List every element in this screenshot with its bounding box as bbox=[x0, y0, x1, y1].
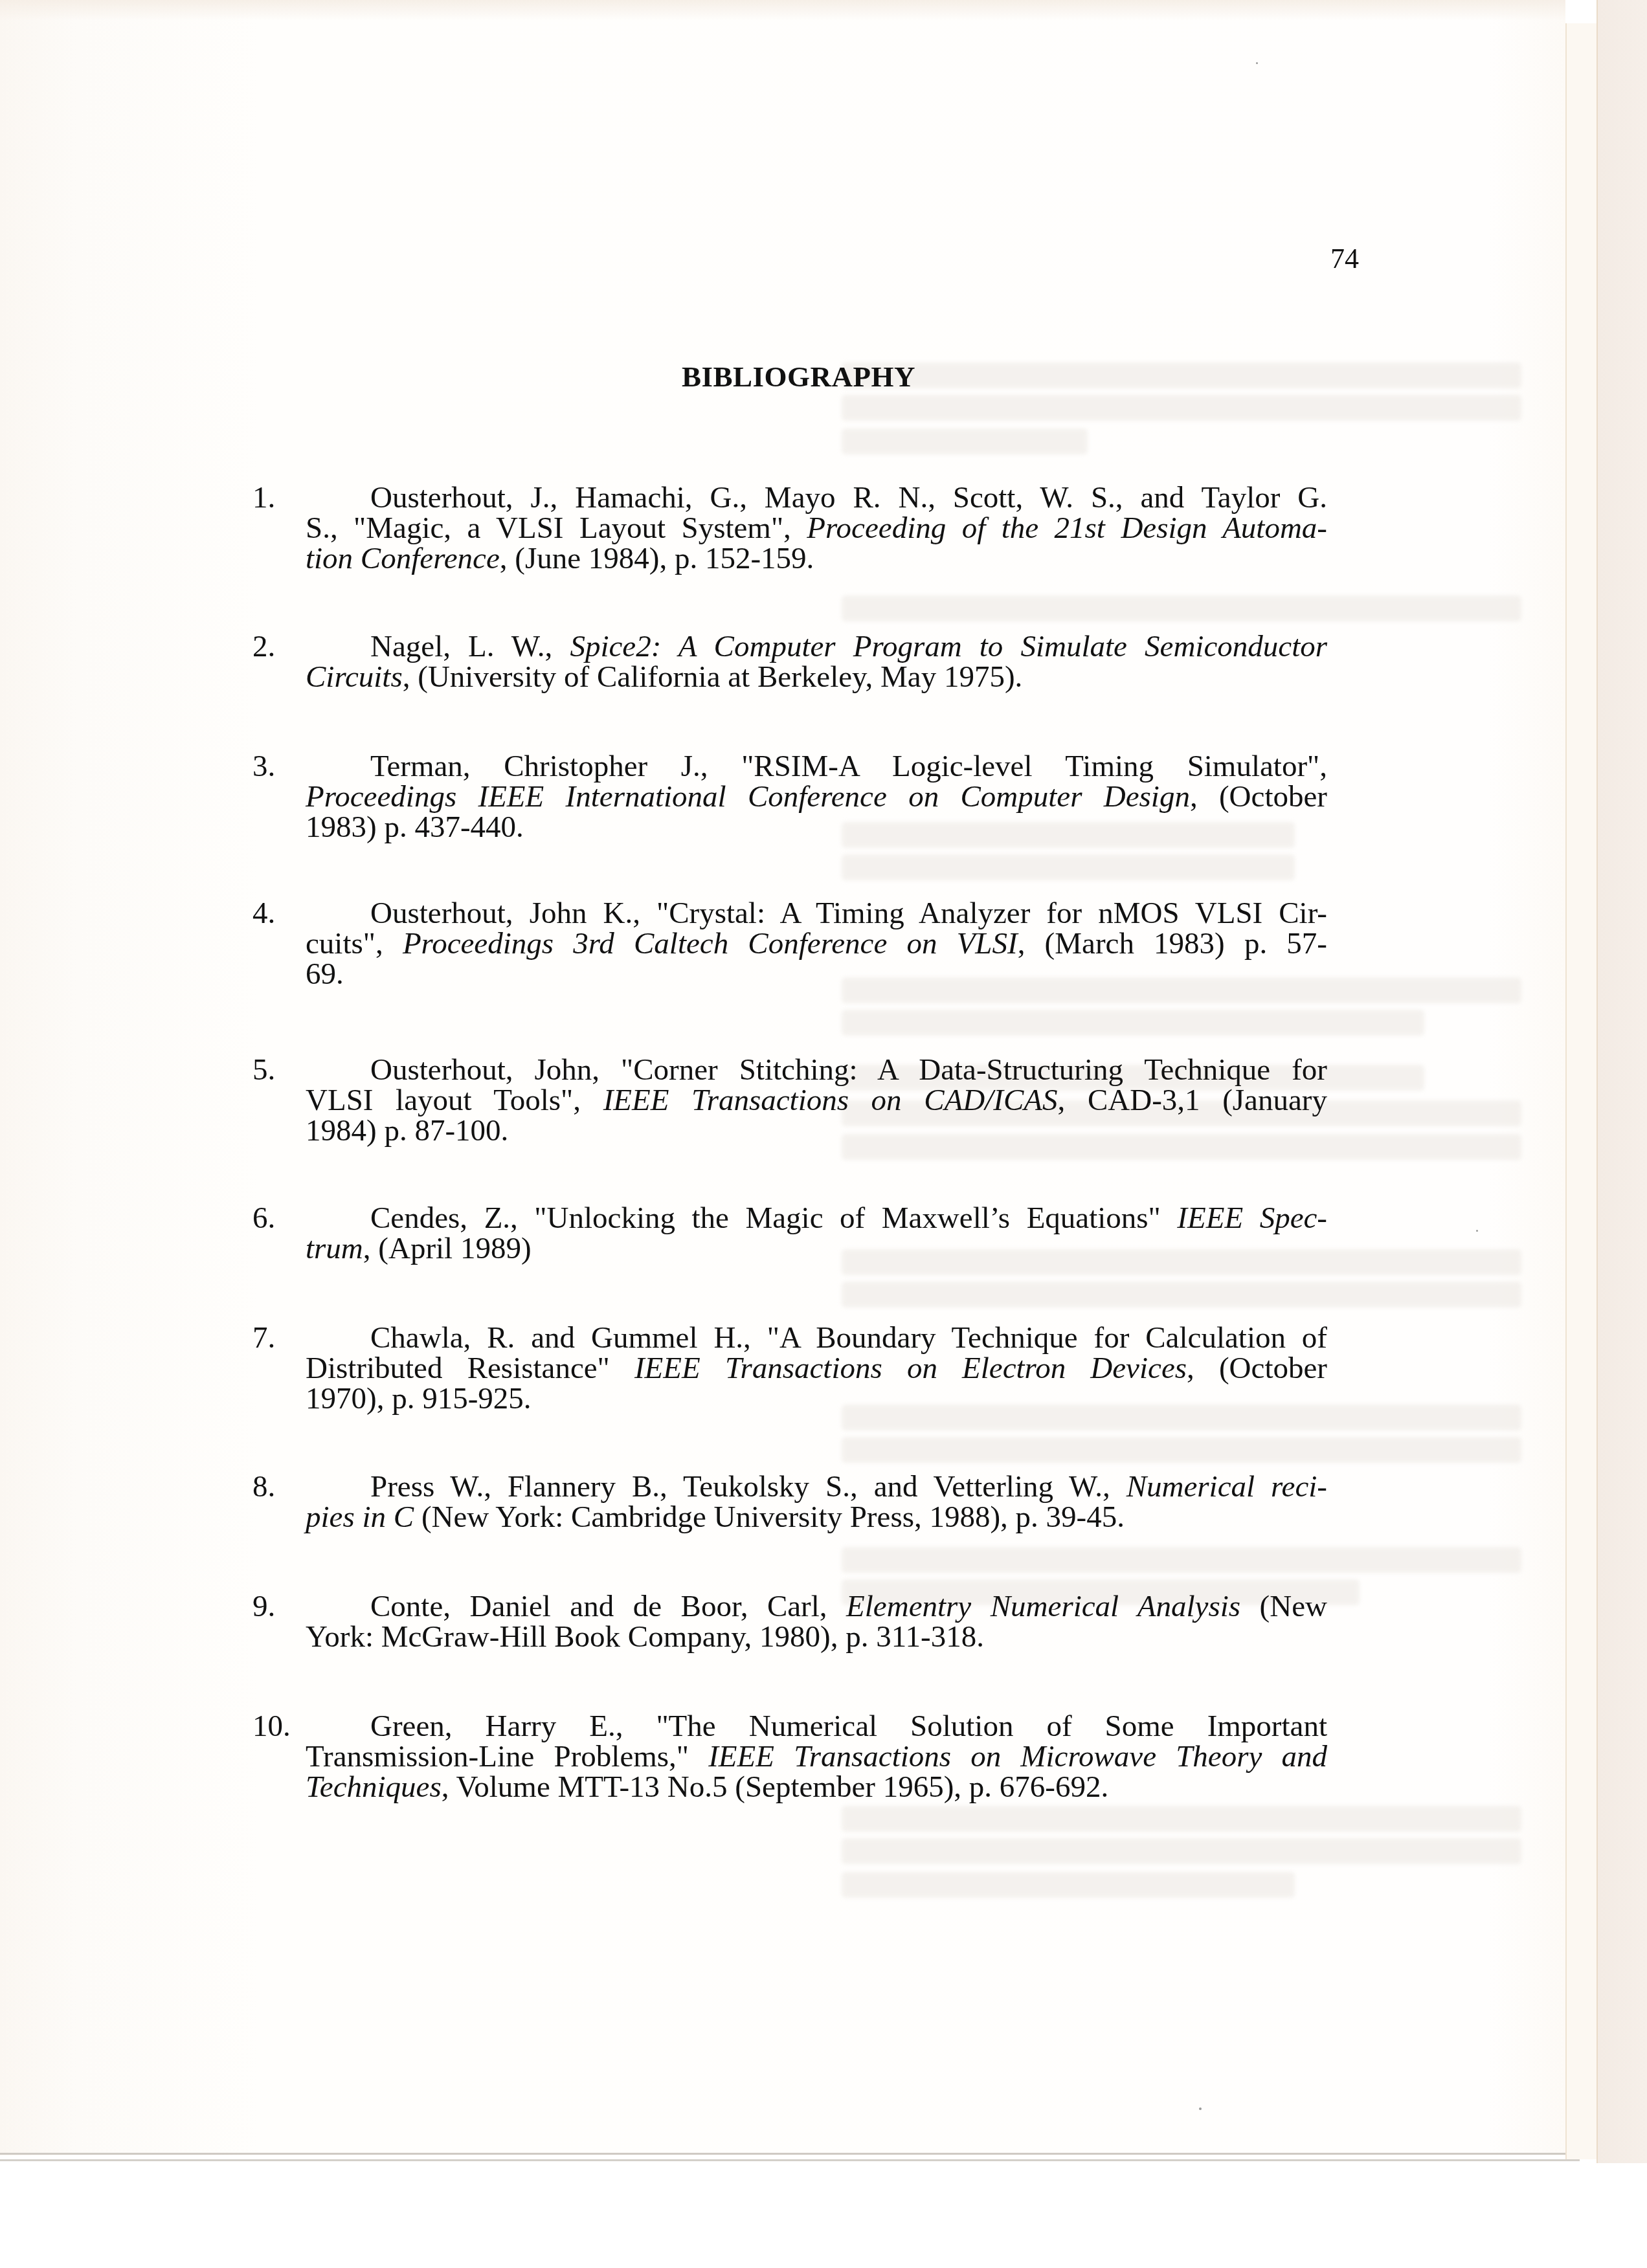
bleed-through bbox=[842, 1437, 1521, 1463]
entry-number: 9. bbox=[252, 1592, 275, 1622]
entry-number: 6. bbox=[252, 1203, 275, 1234]
bleed-through bbox=[842, 395, 1521, 421]
entry-line: Chawla, R. and Gummel H., "A Boundary Te… bbox=[306, 1323, 1327, 1353]
entry-line: 1970), p. 915-925. bbox=[306, 1384, 1327, 1414]
citation-text: , Volume MTT-13 No.5 (September 1965), p… bbox=[442, 1770, 1108, 1804]
entry-line: Cendes, Z., "Unlocking the Magic of Maxw… bbox=[306, 1203, 1327, 1234]
entry-line: Green, Harry E., "The Numerical Solution… bbox=[306, 1711, 1327, 1742]
citation-text: 1983) p. 437-440. bbox=[306, 810, 524, 844]
entry-number: 2. bbox=[252, 632, 275, 662]
citation-title-italic: Circuits bbox=[306, 660, 403, 694]
page-bottom-edge bbox=[0, 2153, 1565, 2155]
entry-text: Ousterhout, John K., "Crystal: A Timing … bbox=[306, 898, 1327, 990]
entry-text: Cendes, Z., "Unlocking the Magic of Maxw… bbox=[306, 1203, 1327, 1264]
bleed-through bbox=[842, 1872, 1295, 1898]
entry-number: 4. bbox=[252, 898, 275, 929]
entry-line: Distributed Resistance" IEEE Transaction… bbox=[306, 1353, 1327, 1384]
citation-title-italic: pies in C bbox=[306, 1500, 414, 1534]
bleed-through bbox=[842, 428, 1088, 454]
bleed-through bbox=[842, 1282, 1521, 1307]
citation-title-italic: IEEE Transactions on CAD/ICAS bbox=[603, 1084, 1058, 1117]
entry-line: 1983) p. 437-440. bbox=[306, 812, 1327, 843]
entry-text: Nagel, L. W., Spice2: A Computer Program… bbox=[306, 632, 1327, 693]
citation-text: Terman, Christopher J., "RSIM-A Logic-le… bbox=[370, 750, 1327, 783]
entry-line: tion Conference, (June 1984), p. 152-159… bbox=[306, 544, 1327, 574]
entry-line: cuits", Proceedings 3rd Caltech Conferen… bbox=[306, 929, 1327, 959]
citation-text: , (University of California at Berkeley,… bbox=[403, 660, 1023, 694]
citation-text: VLSI layout Tools", bbox=[306, 1084, 603, 1117]
entry-number: 1. bbox=[252, 483, 275, 513]
bleed-through bbox=[842, 1806, 1521, 1832]
citation-text: Ousterhout, John, "Corner Stitching: A D… bbox=[370, 1053, 1327, 1087]
dust-speck bbox=[1476, 1230, 1478, 1232]
entry-number: 7. bbox=[252, 1323, 275, 1353]
entry-line: Terman, Christopher J., "RSIM-A Logic-le… bbox=[306, 751, 1327, 782]
citation-title-italic: IEEE Spec- bbox=[1177, 1201, 1327, 1235]
dust-speck bbox=[1256, 62, 1258, 64]
citation-title-italic: Numerical reci- bbox=[1126, 1470, 1327, 1504]
citation-text: , CAD-3,1 (January bbox=[1058, 1084, 1327, 1117]
entry-line: 69. bbox=[306, 959, 1327, 990]
citation-text: S., "Magic, a VLSI Layout System", bbox=[306, 511, 807, 545]
entry-text: Ousterhout, J., Hamachi, G., Mayo R. N.,… bbox=[306, 483, 1327, 574]
entry-line: Conte, Daniel and de Boor, Carl, Element… bbox=[306, 1592, 1327, 1622]
entry-text: Press W., Flannery B., Teukolsky S., and… bbox=[306, 1472, 1327, 1533]
entry-number: 8. bbox=[252, 1472, 275, 1502]
entry-text: Chawla, R. and Gummel H., "A Boundary Te… bbox=[306, 1323, 1327, 1414]
citation-text: , (June 1984), p. 152-159. bbox=[500, 542, 814, 575]
page-edge bbox=[1565, 23, 1598, 2159]
citation-text: , (October bbox=[1190, 780, 1327, 814]
citation-title-italic: IEEE Transactions on Microwave Theory an… bbox=[708, 1740, 1327, 1773]
citation-text: Press W., Flannery B., Teukolsky S., and… bbox=[370, 1470, 1126, 1504]
entry-line: VLSI layout Tools", IEEE Transactions on… bbox=[306, 1085, 1327, 1116]
citation-title-italic: Proceedings 3rd Caltech Conference on VL… bbox=[403, 927, 1018, 961]
citation-title-italic: Techniques bbox=[306, 1770, 442, 1804]
bleed-through bbox=[842, 362, 1521, 388]
citation-text: (New York: Cambridge University Press, 1… bbox=[414, 1500, 1125, 1534]
entry-line: Techniques, Volume MTT-13 No.5 (Septembe… bbox=[306, 1772, 1327, 1803]
bleed-through bbox=[842, 1547, 1521, 1573]
entry-line: Circuits, (University of California at B… bbox=[306, 662, 1327, 693]
citation-text: Nagel, L. W., bbox=[370, 630, 570, 663]
citation-text: Conte, Daniel and de Boor, Carl, bbox=[370, 1590, 846, 1623]
entry-line: Nagel, L. W., Spice2: A Computer Program… bbox=[306, 632, 1327, 662]
entry-text: Ousterhout, John, "Corner Stitching: A D… bbox=[306, 1055, 1327, 1146]
citation-title-italic: Spice2: A Computer Program to Simulate S… bbox=[570, 630, 1327, 663]
citation-text: Distributed Resistance" bbox=[306, 1351, 634, 1385]
citation-text: Transmission-Line Problems," bbox=[306, 1740, 708, 1773]
citation-text: , (April 1989) bbox=[363, 1232, 532, 1265]
bleed-through bbox=[842, 854, 1295, 880]
citation-text: 1970), p. 915-925. bbox=[306, 1382, 532, 1416]
citation-title-italic: IEEE Transactions on Electron Devices bbox=[634, 1351, 1187, 1385]
entry-line: Press W., Flannery B., Teukolsky S., and… bbox=[306, 1472, 1327, 1502]
bleed-through bbox=[842, 1838, 1521, 1864]
entry-line: Ousterhout, John K., "Crystal: A Timing … bbox=[306, 898, 1327, 929]
entry-line: Proceedings IEEE International Conferenc… bbox=[306, 782, 1327, 812]
citation-text: cuits", bbox=[306, 927, 403, 961]
entry-line: pies in C (New York: Cambridge Universit… bbox=[306, 1502, 1327, 1533]
entry-number: 10. bbox=[252, 1711, 291, 1742]
dust-speck bbox=[1199, 2107, 1202, 2110]
citation-text: , (October bbox=[1187, 1351, 1327, 1385]
citation-text: Chawla, R. and Gummel H., "A Boundary Te… bbox=[370, 1321, 1327, 1355]
entry-line: trum, (April 1989) bbox=[306, 1234, 1327, 1264]
page-bottom-edge bbox=[0, 2159, 1580, 2161]
page-title: BIBLIOGRAPHY bbox=[682, 360, 930, 394]
entry-line: S., "Magic, a VLSI Layout System", Proce… bbox=[306, 513, 1327, 544]
entry-line: Ousterhout, John, "Corner Stitching: A D… bbox=[306, 1055, 1327, 1085]
citation-text: , (March 1983) p. 57- bbox=[1018, 927, 1327, 961]
entry-text: Terman, Christopher J., "RSIM-A Logic-le… bbox=[306, 751, 1327, 843]
bleed-through bbox=[842, 595, 1521, 621]
citation-text: 1984) p. 87-100. bbox=[306, 1114, 508, 1148]
entry-number: 3. bbox=[252, 751, 275, 782]
bleed-through bbox=[842, 1010, 1424, 1036]
citation-text: Ousterhout, John K., "Crystal: A Timing … bbox=[370, 896, 1327, 930]
citation-title-italic: Elementry Numerical Analysis bbox=[846, 1590, 1240, 1623]
entry-number: 5. bbox=[252, 1055, 275, 1085]
entry-text: Conte, Daniel and de Boor, Carl, Element… bbox=[306, 1592, 1327, 1652]
page-edge bbox=[1597, 0, 1647, 2170]
entry-line: York: McGraw-Hill Book Company, 1980), p… bbox=[306, 1622, 1327, 1652]
entry-text: Green, Harry E., "The Numerical Solution… bbox=[306, 1711, 1327, 1803]
citation-text: Ousterhout, J., Hamachi, G., Mayo R. N.,… bbox=[370, 481, 1327, 515]
entry-line: Ousterhout, J., Hamachi, G., Mayo R. N.,… bbox=[306, 483, 1327, 513]
page-number: 74 bbox=[1330, 245, 1359, 273]
citation-title-italic: Proceedings IEEE International Conferenc… bbox=[306, 780, 1190, 814]
citation-text: 69. bbox=[306, 957, 344, 991]
entry-line: 1984) p. 87-100. bbox=[306, 1116, 1327, 1146]
citation-text: Green, Harry E., "The Numerical Solution… bbox=[370, 1709, 1327, 1743]
citation-text: York: McGraw-Hill Book Company, 1980), p… bbox=[306, 1620, 984, 1654]
entry-line: Transmission-Line Problems," IEEE Transa… bbox=[306, 1742, 1327, 1772]
citation-text: (New bbox=[1240, 1590, 1327, 1623]
citation-title-italic: Proceeding of the 21st Design Automa- bbox=[807, 511, 1327, 545]
citation-title-italic: trum bbox=[306, 1232, 363, 1265]
citation-text: Cendes, Z., "Unlocking the Magic of Maxw… bbox=[370, 1201, 1177, 1235]
citation-title-italic: tion Conference bbox=[306, 542, 500, 575]
scanner-background bbox=[0, 2163, 1647, 2268]
top-shadow bbox=[0, 0, 1565, 21]
